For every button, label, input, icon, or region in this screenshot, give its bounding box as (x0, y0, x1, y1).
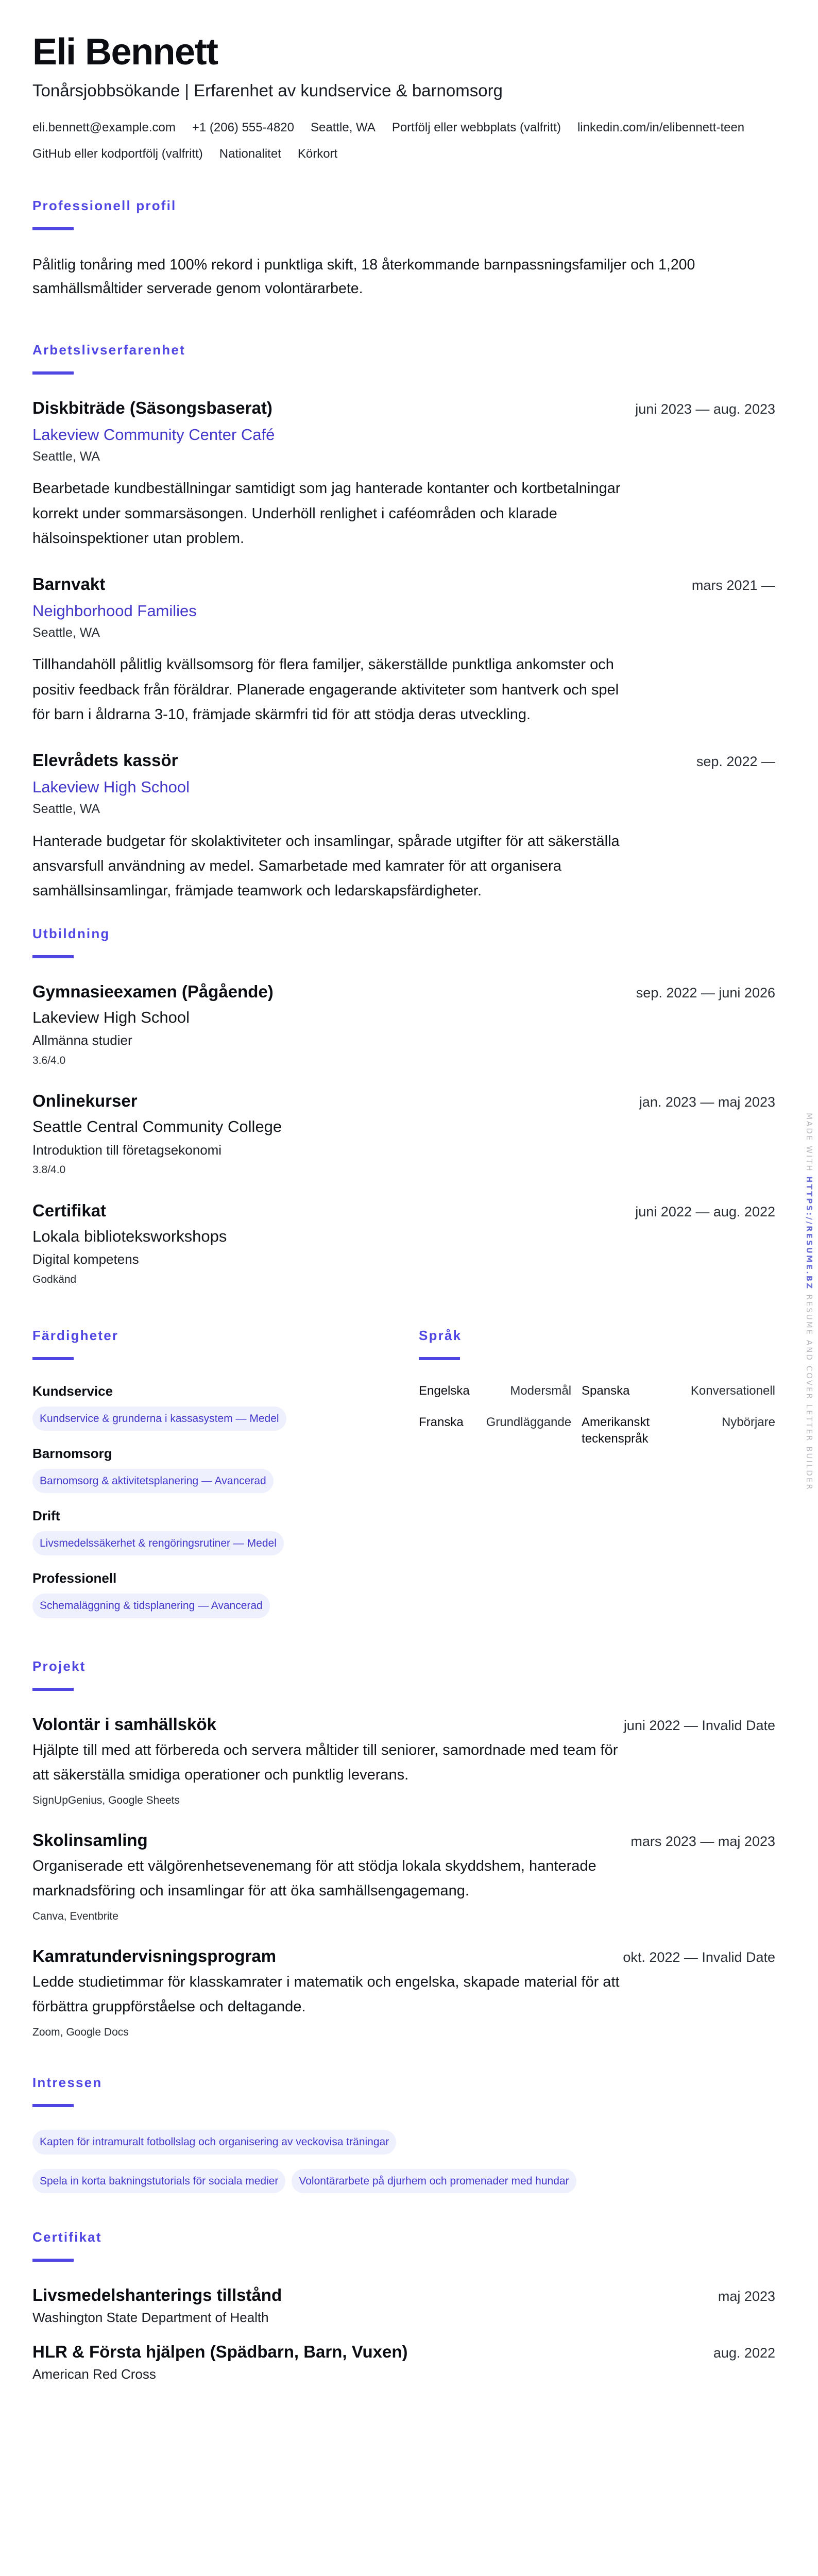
section-divider (419, 1357, 460, 1360)
project-dates: mars 2023 — maj 2023 (630, 1834, 775, 1850)
education-dates: sep. 2022 — juni 2026 (636, 985, 775, 1001)
builder-watermark: Made with https://resume.bz Resume and c… (805, 1113, 814, 1491)
section-divider (32, 1688, 74, 1691)
experience-entry: Elevrådets kassör sep. 2022 — Lakeview H… (32, 750, 775, 903)
watermark-prefix: Made with (805, 1113, 814, 1173)
experience-entry: Diskbiträde (Säsongsbaserat) juni 2023 —… (32, 397, 775, 551)
project-description: Ledde studietimmar för klasskamrater i m… (32, 1970, 625, 2019)
skills-languages-row: Färdigheter Kundservice Kundservice & gr… (32, 1328, 775, 1633)
job-employer: Lakeview High School (32, 777, 775, 798)
education-entry: Certifikat juni 2022 — aug. 2022 Lokala … (32, 1200, 775, 1286)
certificate-date: maj 2023 (718, 2289, 775, 2304)
section-title: Projekt (32, 1658, 775, 1674)
certificate-name: Livsmedelshanterings tillstånd (32, 2284, 282, 2307)
experience-entry: Barnvakt mars 2021 — Neighborhood Famili… (32, 573, 775, 727)
project-tech: Canva, Eventbrite (32, 1910, 775, 1923)
certificate-name: HLR & Första hjälpen (Spädbarn, Barn, Vu… (32, 2341, 408, 2363)
skill-pill: Livsmedelssäkerhet & rengöringsrutiner —… (32, 1531, 284, 1555)
section-divider (32, 371, 74, 375)
section-title: Certifikat (32, 2229, 775, 2245)
interests-section: Intressen Kapten för intramuralt fotboll… (32, 2075, 775, 2193)
language-level: Grundläggande (483, 1414, 571, 1448)
job-dates: mars 2021 — (692, 578, 775, 594)
section-title: Arbetslivserfarenhet (32, 342, 775, 358)
section-divider (32, 955, 74, 958)
certificate-issuer: Washington State Department of Health (32, 2310, 775, 2326)
education-dates: juni 2022 — aug. 2022 (635, 1204, 775, 1220)
section-title: Språk (419, 1328, 775, 1344)
degree-title: Certifikat (32, 1200, 106, 1222)
section-divider (32, 2259, 74, 2262)
education-grade: 3.8/4.0 (32, 1163, 775, 1177)
project-tech: SignUpGenius, Google Sheets (32, 1794, 775, 1807)
education-entry: Onlinekurser jan. 2023 — maj 2023 Seattl… (32, 1090, 775, 1177)
contact-nationality: Nationalitet (219, 147, 281, 162)
education-institution: Lokala biblioteksworkshops (32, 1226, 775, 1247)
degree-title: Gymnasieexamen (Pågående) (32, 981, 274, 1003)
certificates-section: Certifikat Livsmedelshanterings tillstån… (32, 2229, 775, 2382)
job-description: Bearbetade kundbeställningar samtidigt s… (32, 476, 625, 550)
interest-pill: Volontärarbete på djurhem och promenader… (292, 2169, 576, 2193)
language-name: Spanska (582, 1383, 677, 1399)
job-employer: Neighborhood Families (32, 601, 775, 621)
job-location: Seattle, WA (32, 801, 775, 818)
education-institution: Lakeview High School (32, 1007, 775, 1028)
contact-linkedin[interactable]: linkedin.com/in/elibennett-teen (577, 121, 744, 135)
contact-license: Körkort (298, 147, 337, 162)
contact-location: Seattle, WA (311, 121, 376, 135)
section-title: Professionell profil (32, 198, 775, 214)
project-dates: okt. 2022 — Invalid Date (623, 1950, 775, 1965)
skills-section: Färdigheter Kundservice Kundservice & gr… (32, 1328, 389, 1633)
languages-section: Språk Engelska Modersmål Spanska Konvers… (419, 1328, 775, 1633)
contact-list: eli.bennett@example.com +1 (206) 555-482… (32, 121, 775, 162)
project-entry: Volontär i samhällskök juni 2022 — Inval… (32, 1714, 775, 1807)
contact-email[interactable]: eli.bennett@example.com (32, 121, 176, 135)
education-dates: jan. 2023 — maj 2023 (639, 1094, 775, 1110)
language-name: Franska (419, 1414, 473, 1448)
section-divider (32, 1357, 74, 1360)
job-dates: juni 2023 — aug. 2023 (635, 401, 775, 417)
contact-phone[interactable]: +1 (206) 555-4820 (192, 121, 294, 135)
skill-pill: Schemaläggning & tidsplanering — Avancer… (32, 1594, 270, 1618)
job-dates: sep. 2022 — (696, 754, 775, 770)
candidate-name: Eli Bennett (32, 32, 775, 73)
section-divider (32, 227, 74, 230)
languages-grid: Engelska Modersmål Spanska Konversatione… (419, 1383, 775, 1447)
section-title: Intressen (32, 2075, 775, 2091)
project-name: Skolinsamling (32, 1829, 148, 1852)
job-description: Hanterade budgetar för skolaktiviteter o… (32, 829, 625, 903)
language-level: Modersmål (483, 1383, 571, 1399)
job-title: Barnvakt (32, 573, 105, 596)
education-entry: Gymnasieexamen (Pågående) sep. 2022 — ju… (32, 981, 775, 1067)
project-name: Kamratundervisningsprogram (32, 1945, 276, 1968)
experience-section: Arbetslivserfarenhet Diskbiträde (Säsong… (32, 342, 775, 903)
project-dates: juni 2022 — Invalid Date (624, 1718, 775, 1734)
skill-category: Drift (32, 1507, 389, 1525)
project-name: Volontär i samhällskök (32, 1714, 216, 1736)
project-description: Hjälpte till med att förbereda och serve… (32, 1738, 625, 1787)
education-institution: Seattle Central Community College (32, 1116, 775, 1137)
section-divider (32, 2104, 74, 2107)
job-description: Tillhandahöll pålitlig kvällsomsorg för … (32, 652, 625, 726)
education-grade: 3.6/4.0 (32, 1054, 775, 1067)
profile-section: Professionell profil Pålitlig tonåring m… (32, 198, 775, 301)
certificate-issuer: American Red Cross (32, 2366, 775, 2382)
job-employer: Lakeview Community Center Café (32, 425, 775, 445)
skill-category: Barnomsorg (32, 1445, 389, 1463)
skill-group: Barnomsorg Barnomsorg & aktivitetsplaner… (32, 1445, 389, 1493)
certificate-entry: HLR & Första hjälpen (Spädbarn, Barn, Vu… (32, 2341, 775, 2382)
job-title: Elevrådets kassör (32, 750, 178, 772)
section-title: Utbildning (32, 926, 775, 942)
certificate-date: aug. 2022 (713, 2345, 775, 2361)
skill-category: Kundservice (32, 1383, 389, 1400)
skill-pill: Kundservice & grunderna i kassasystem — … (32, 1406, 286, 1431)
projects-section: Projekt Volontär i samhällskök juni 2022… (32, 1658, 775, 2039)
skill-category: Professionell (32, 1570, 389, 1587)
education-field: Digital kompetens (32, 1251, 775, 1268)
interest-pill: Spela in korta bakningstutorials för soc… (32, 2169, 285, 2193)
degree-title: Onlinekurser (32, 1090, 138, 1112)
skill-group: Professionell Schemaläggning & tidsplane… (32, 1570, 389, 1618)
language-name: Amerikanskt teckenspråk (582, 1414, 674, 1448)
language-level: Nybörjare (688, 1414, 775, 1448)
resume-page: Eli Bennett Tonårsjobbsökande | Erfarenh… (0, 0, 818, 2436)
project-tech: Zoom, Google Docs (32, 2026, 775, 2039)
watermark-link[interactable]: https://resume.bz (805, 1176, 814, 1290)
contact-github[interactable]: GitHub eller kodportfölj (valfritt) (32, 147, 203, 162)
skill-group: Kundservice Kundservice & grunderna i ka… (32, 1383, 389, 1431)
interest-pill: Kapten för intramuralt fotbollslag och o… (32, 2130, 396, 2154)
education-section: Utbildning Gymnasieexamen (Pågående) sep… (32, 926, 775, 1286)
skill-group: Drift Livsmedelssäkerhet & rengöringsrut… (32, 1507, 389, 1555)
job-location: Seattle, WA (32, 448, 775, 465)
education-grade: Godkänd (32, 1273, 775, 1286)
candidate-tagline: Tonårsjobbsökande | Erfarenhet av kundse… (32, 80, 775, 101)
education-field: Allmänna studier (32, 1032, 775, 1049)
certificate-entry: Livsmedelshanterings tillstånd maj 2023 … (32, 2284, 775, 2326)
education-field: Introduktion till företagsekonomi (32, 1142, 775, 1159)
project-entry: Skolinsamling mars 2023 — maj 2023 Organ… (32, 1829, 775, 1923)
language-level: Konversationell (688, 1383, 775, 1399)
language-name: Engelska (419, 1383, 473, 1399)
profile-summary: Pålitlig tonåring med 100% rekord i punk… (32, 253, 775, 300)
project-entry: Kamratundervisningsprogram okt. 2022 — I… (32, 1945, 775, 2039)
job-title: Diskbiträde (Säsongsbaserat) (32, 397, 272, 419)
project-description: Organiserade ett välgörenhetsevenemang f… (32, 1854, 625, 1903)
watermark-suffix: Resume and cover letter builder (805, 1294, 814, 1490)
skill-pill: Barnomsorg & aktivitetsplanering — Avanc… (32, 1469, 274, 1493)
job-location: Seattle, WA (32, 624, 775, 641)
contact-portfolio[interactable]: Portfölj eller webbplats (valfritt) (392, 121, 561, 135)
resume-header: Eli Bennett Tonårsjobbsökande | Erfarenh… (32, 32, 775, 162)
interests-list: Kapten för intramuralt fotbollslag och o… (32, 2130, 764, 2193)
section-title: Färdigheter (32, 1328, 389, 1344)
